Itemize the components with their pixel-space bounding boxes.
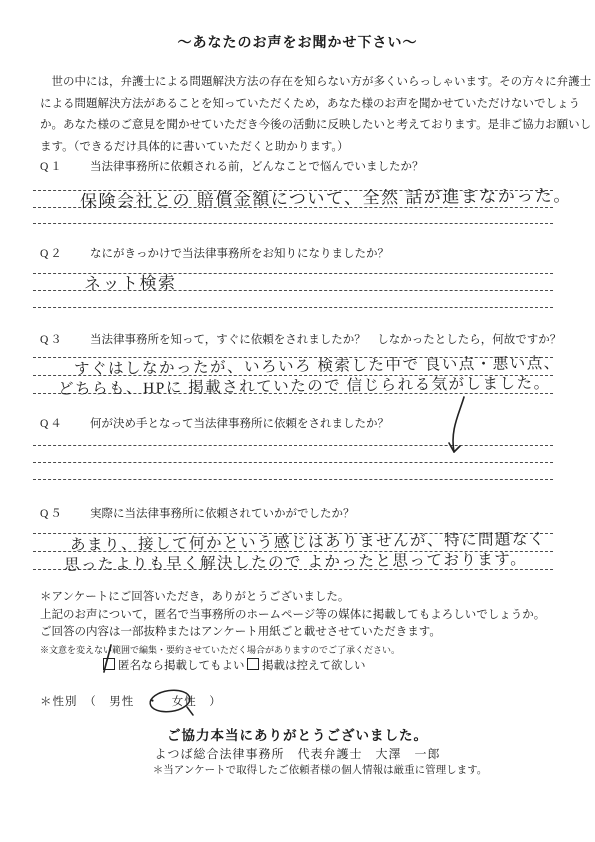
question-q3-label: Q３ xyxy=(40,331,90,347)
question-q4: Q４何が決め手となって当法律事務所に依頼をされましたか？ xyxy=(40,415,570,431)
handwritten-arrow xyxy=(440,394,480,464)
female-circle-annotation xyxy=(146,687,198,719)
handwritten-check-mark xyxy=(98,643,122,677)
survey-thanks-note: ＊アンケートにご回答いただき，ありがとうございました。 xyxy=(40,588,349,604)
answer-line xyxy=(33,307,553,308)
question-q2-label: Q２ xyxy=(40,245,90,261)
scanned-survey-page: ～あなたのお声をお聞かせ下さい～ 世の中には，弁護士による問題解決方法の存在を知… xyxy=(0,0,595,842)
question-q3: Q３当法律事務所を知って，すぐに依頼をされましたか？ しなかったとしたら，何故で… xyxy=(40,331,570,347)
question-q5-label: Q５ xyxy=(40,505,90,521)
publish-request-line2: ご回答の内容は一部抜粋またはアンケート用紙ごと載せさせていただきます。 xyxy=(40,623,441,639)
checkbox-decline-publish[interactable] xyxy=(247,658,259,670)
question-q4-label: Q４ xyxy=(40,415,90,431)
question-q2: Q２なにがきっかけで当法律事務所をお知りになりましたか？ xyxy=(40,245,570,261)
question-q3-text: 当法律事務所を知って，すぐに依頼をされましたか？ しなかったとしたら，何故ですか… xyxy=(90,334,561,346)
question-q1-text: 当法律事務所に依頼される前，どんなことで悩んでいましたか？ xyxy=(90,161,424,173)
answer-line xyxy=(33,223,553,224)
intro-line: ます。（できるだけ具体的に書いていただくと助かります。） xyxy=(40,137,570,159)
intro-line: 世の中には，弁護士による問題解決方法の存在を知らない方が多くいらっしゃいます。そ… xyxy=(40,72,570,94)
checkbox-group-decline: 掲載は控えて欲しい xyxy=(247,657,366,673)
closing-thanks: ご協力本当にありがとうございました。 xyxy=(0,724,595,744)
publish-request-line1: 上記のお声について，匿名で当事務所のホームページ等の媒体に掲載してもよろしいでし… xyxy=(40,606,545,622)
privacy-note: ＊当アンケートで取得したご依頼者様の個人情報は厳重に管理します。 xyxy=(0,762,595,777)
firm-signature: よつば総合法律事務所 代表弁護士 大澤 一郎 xyxy=(0,745,595,762)
checkbox-anonymous-ok-label: 匿名なら掲載してもよい xyxy=(118,660,245,672)
checkbox-group-anonymous-ok: 匿名なら掲載してもよい xyxy=(103,657,245,673)
q5-handwritten-answer-line2: 思ったよりも早く解決したので よかったと思っております。 xyxy=(64,547,527,575)
publish-edit-note: ※文意を変えない範囲で編集・要約させていただく場合がありますのでご了承ください。 xyxy=(40,643,400,656)
question-q2-text: なにがきっかけで当法律事務所をお知りになりましたか？ xyxy=(90,248,389,260)
question-q5-text: 実際に当法律事務所に依頼されていかがでしたか？ xyxy=(90,508,355,520)
q2-handwritten-answer: ネット検索 xyxy=(84,268,177,294)
checkbox-decline-label: 掲載は控えて欲しい xyxy=(262,660,366,672)
question-q1-label: Q１ xyxy=(40,158,90,174)
answer-line xyxy=(33,479,553,480)
intro-paragraph: 世の中には，弁護士による問題解決方法の存在を知らない方が多くいらっしゃいます。そ… xyxy=(40,72,570,158)
intro-line: か。あなた様のご意見を聞かせていただき今後の活動に反映したいと考えております。是… xyxy=(40,115,570,137)
question-q4-text: 何が決め手となって当法律事務所に依頼をされましたか？ xyxy=(90,418,389,430)
question-q1: Q１当法律事務所に依頼される前，どんなことで悩んでいましたか？ xyxy=(40,158,570,174)
question-q5: Q５実際に当法律事務所に依頼されていかがでしたか？ xyxy=(40,505,570,521)
page-title: ～あなたのお声をお聞かせ下さい～ xyxy=(0,32,595,52)
intro-line: による問題解決方法があることを知っていただくため，あなた様のお声を聞かせていただ… xyxy=(40,94,570,116)
